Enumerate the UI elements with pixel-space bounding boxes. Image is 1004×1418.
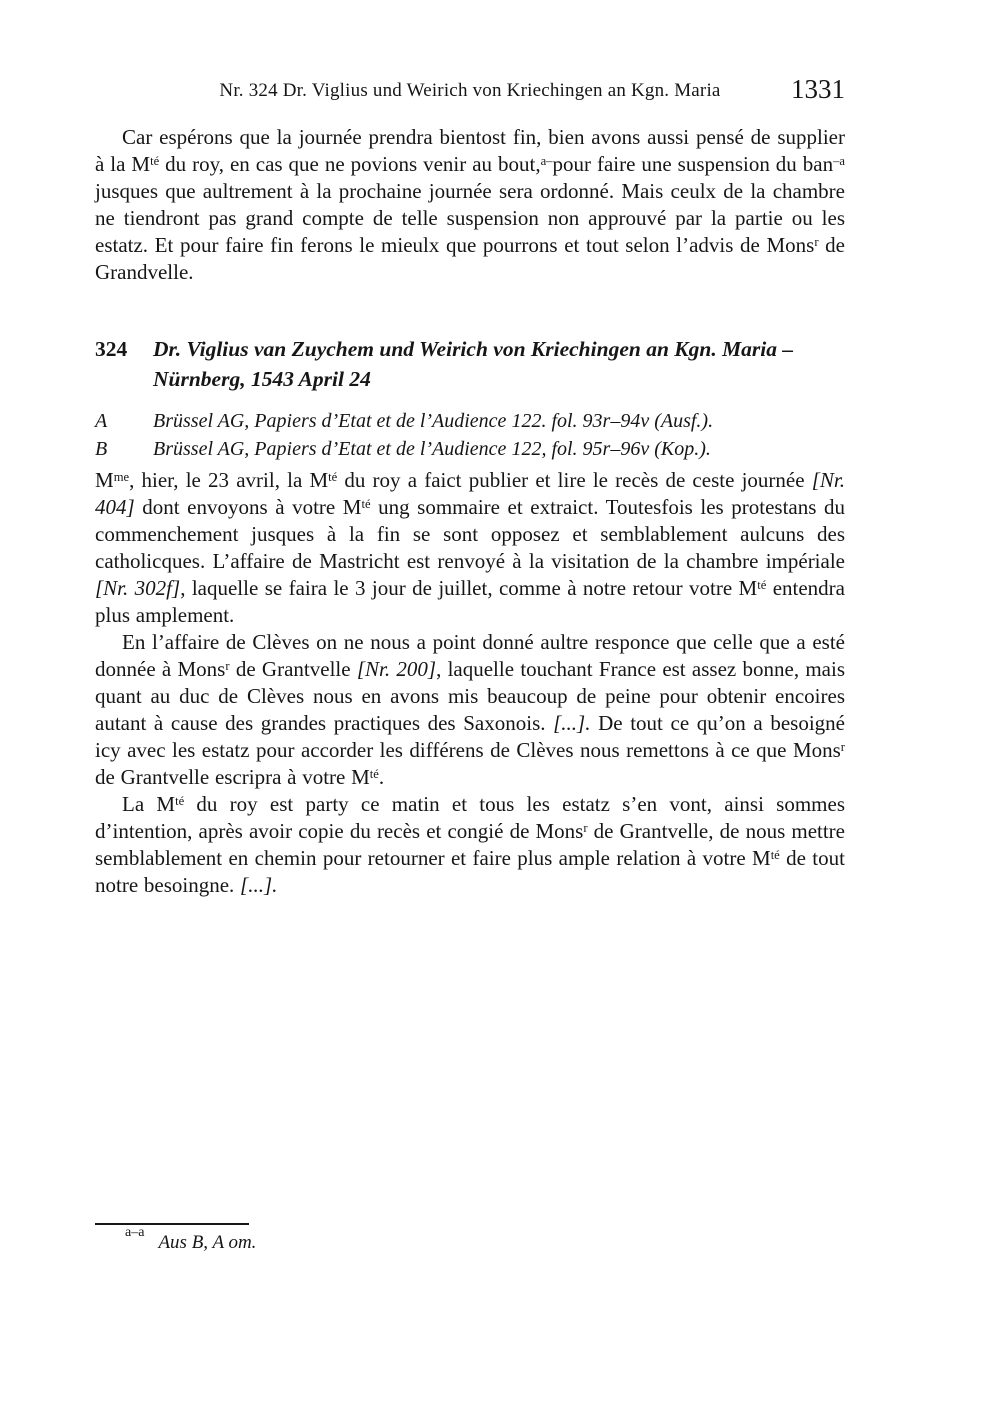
source-text-a: Brüssel AG, Papiers d’Etat et de l’Audie… [153,407,845,435]
letter-paragraph-2: En l’affaire de Clèves on ne nous a poin… [95,629,845,791]
paragraph-continuation: Car espérons que la journée prendra bien… [95,124,845,286]
letter-heading: 324 Dr. Viglius van Zuychem und Weirich … [95,334,845,394]
letter-paragraph-1: Mme, hier, le 23 avril, la Mté du roy a … [95,467,845,629]
source-row-a: A Brüssel AG, Papiers d’Etat et de l’Aud… [95,407,845,435]
letter-number: 324 [95,334,153,394]
source-row-b: B Brüssel AG, Papiers d’Etat et de l’Aud… [95,435,845,463]
footnote-text: Aus B, A om. [158,1232,256,1253]
source-list: A Brüssel AG, Papiers d’Etat et de l’Aud… [95,407,845,463]
page-number: 1331 [791,74,845,104]
page-body: Car espérons que la journée prendra bien… [95,124,845,899]
source-text-b: Brüssel AG, Papiers d’Etat et de l’Audie… [153,435,845,463]
letter-body: Mme, hier, le 23 avril, la Mté du roy a … [95,467,845,899]
footnote-marker: a–a [125,1225,144,1240]
source-label-b: B [95,435,153,463]
running-header: Nr. 324 Dr. Viglius und Weirich von Krie… [95,78,845,108]
footnote-area: a–aAus B, A om. [95,1223,845,1255]
source-label-a: A [95,407,153,435]
letter-title: Dr. Viglius van Zuychem und Weirich von … [153,334,845,394]
letter-paragraph-3: La Mté du roy est party ce matin et tous… [95,791,845,899]
footnote-line: a–aAus B, A om. [95,1231,845,1255]
footnote-rule [95,1223,249,1225]
book-page: Nr. 324 Dr. Viglius und Weirich von Krie… [0,0,1004,1418]
running-head-text: Nr. 324 Dr. Viglius und Weirich von Krie… [95,78,845,104]
